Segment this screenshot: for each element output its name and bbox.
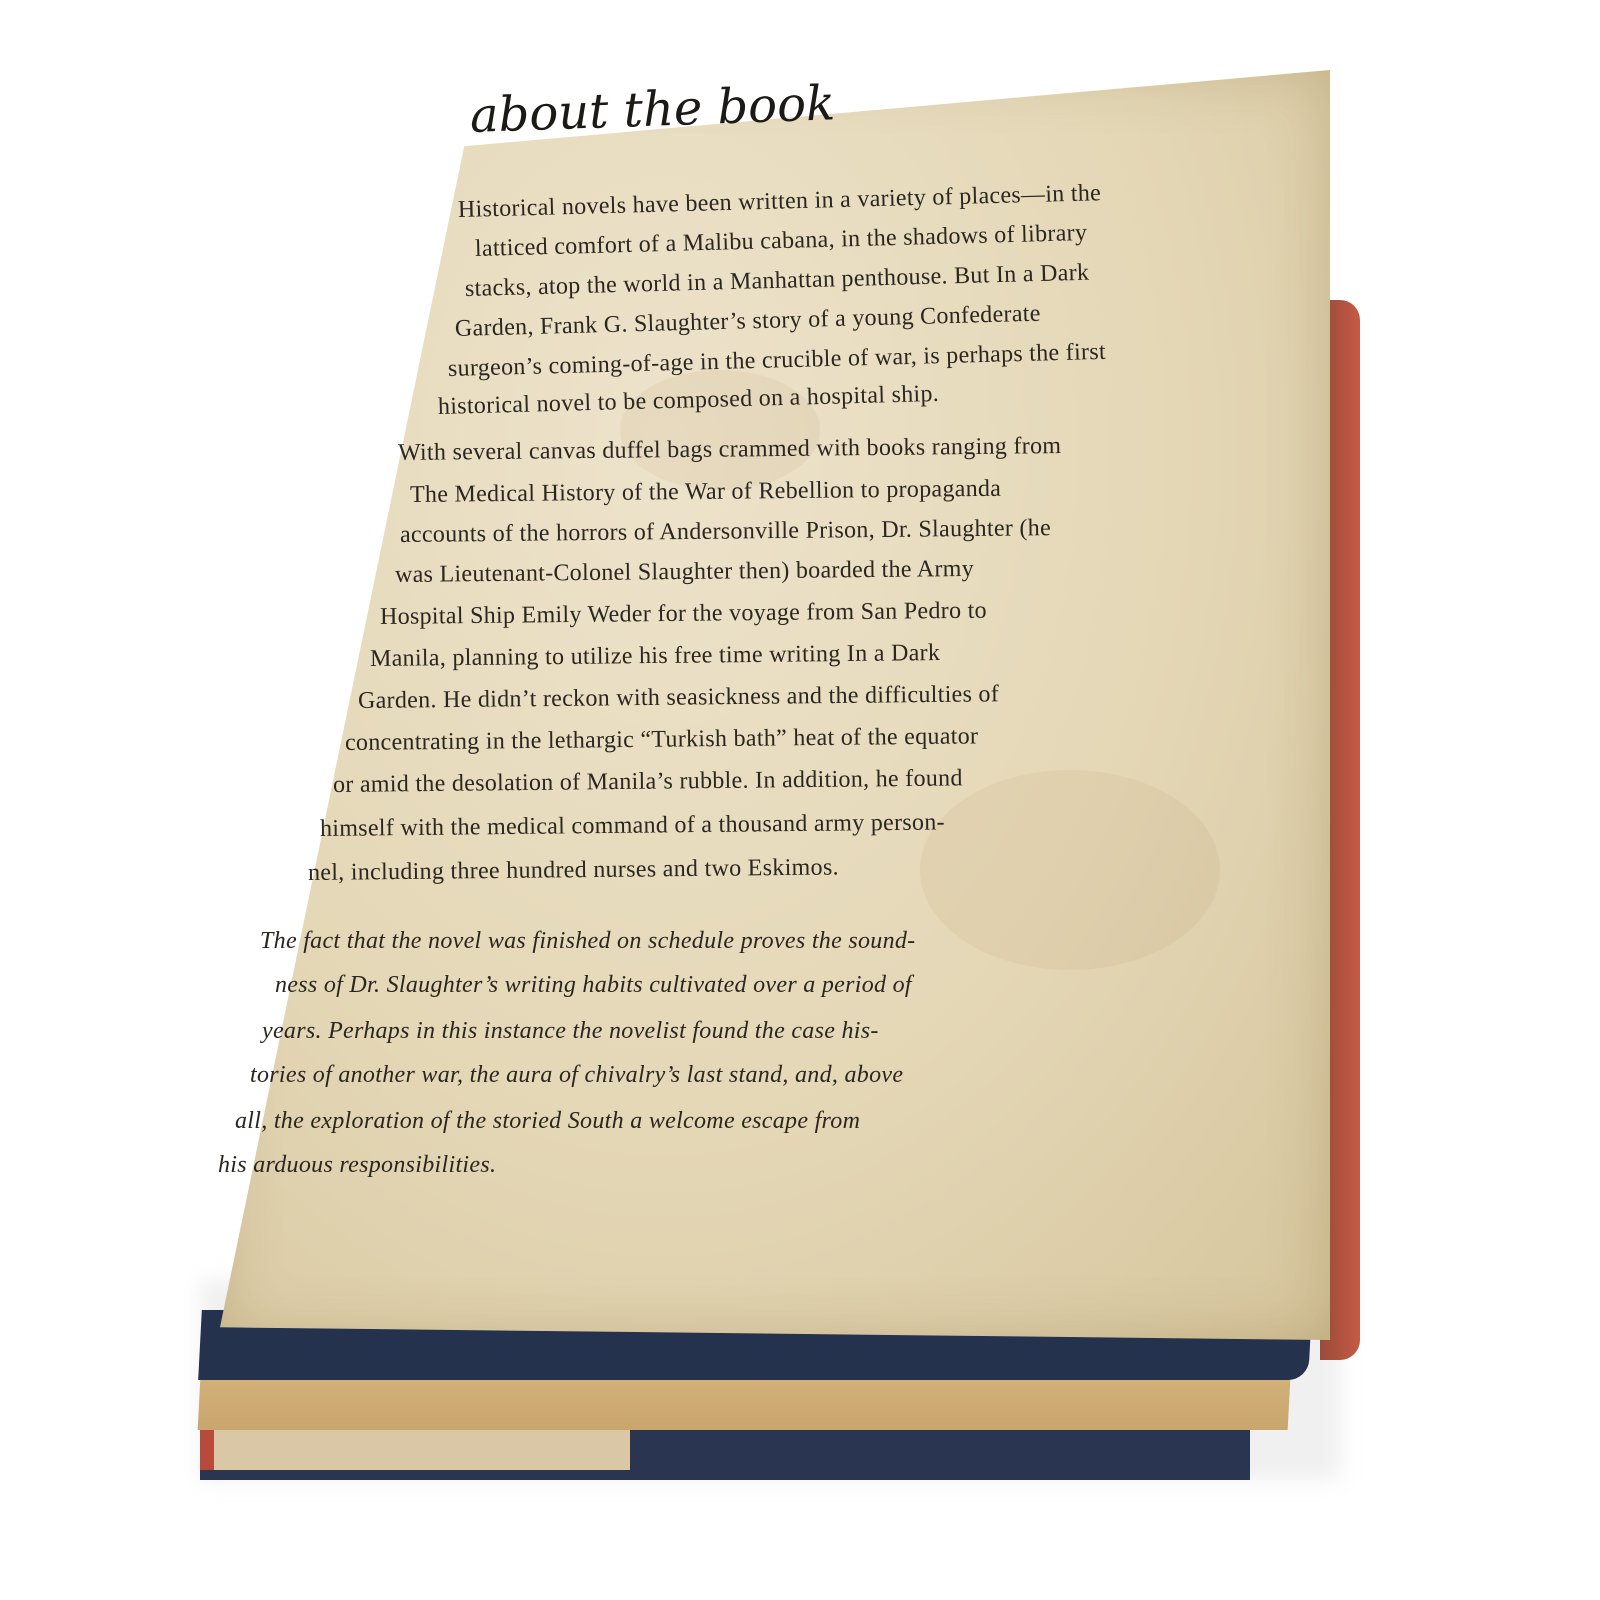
text-line: Hospital Ship Emily Weder for the voyage…	[380, 598, 987, 631]
text-line: With several canvas duffel bags crammed …	[398, 433, 1062, 467]
text-line: accounts of the horrors of Andersonville…	[400, 515, 1051, 549]
text-line: himself with the medical command of a th…	[320, 809, 945, 843]
text-line: Historical novels have been written in a…	[458, 180, 1102, 224]
jacket-text: about the book Historical novels have be…	[0, 0, 1600, 1600]
text-line: latticed comfort of a Malibu cabana, in …	[475, 220, 1088, 263]
text-line: historical novel to be composed on a hos…	[438, 381, 940, 421]
section-title: about the book	[469, 75, 836, 144]
text-line: ness of Dr. Slaughter’s writing habits c…	[275, 972, 912, 999]
text-line: The fact that the novel was finished on …	[260, 928, 915, 955]
text-line: Manila, planning to utilize his free tim…	[370, 640, 940, 673]
text-line: years. Perhaps in this instance the nove…	[262, 1018, 879, 1045]
text-line: his arduous responsibilities.	[218, 1152, 496, 1179]
text-line: or amid the desolation of Manila’s rubbl…	[333, 765, 963, 799]
text-line: Garden. He didn’t reckon with seasicknes…	[358, 681, 999, 715]
text-line: was Lieutenant-Colonel Slaughter then) b…	[395, 556, 974, 589]
text-line: stacks, atop the world in a Manhattan pe…	[465, 260, 1090, 303]
text-line: Garden, Frank G. Slaughter’s story of a …	[455, 301, 1041, 343]
text-line: concentrating in the lethargic “Turkish …	[345, 723, 979, 757]
text-line: all, the exploration of the storied Sout…	[235, 1108, 860, 1135]
text-line: The Medical History of the War of Rebell…	[410, 476, 1001, 509]
text-line: nel, including three hundred nurses and …	[308, 854, 839, 887]
text-line: tories of another war, the aura of chiva…	[250, 1062, 903, 1089]
text-line: surgeon’s coming-of-age in the crucible …	[448, 339, 1107, 383]
